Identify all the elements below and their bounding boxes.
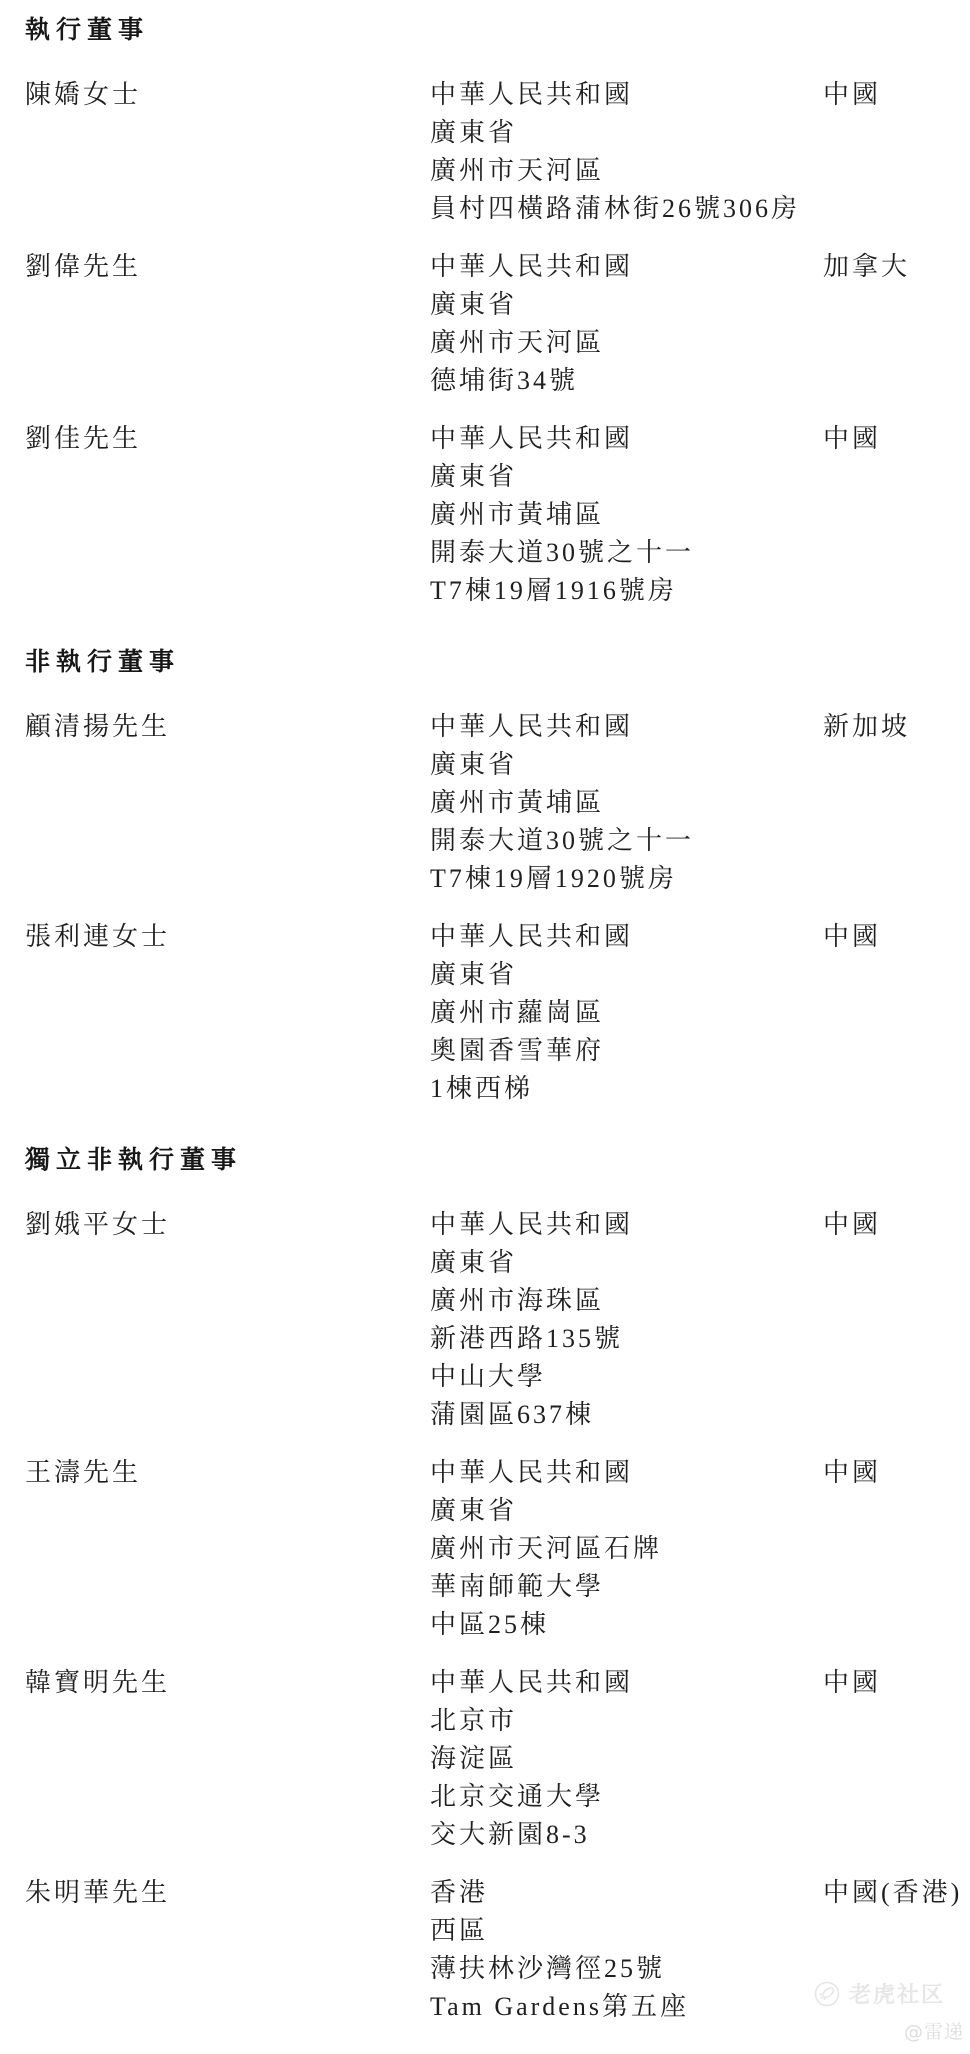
director-name: 劉娥平女士	[25, 1206, 430, 1244]
address-line: 中華人民共和國	[430, 76, 823, 114]
director-row: 劉偉先生中華人民共和國廣東省廣州市天河區德埔街34號加拿大	[25, 248, 970, 400]
address-line: 德埔街34號	[430, 362, 823, 400]
address-line: 薄扶林沙灣徑25號	[430, 1950, 823, 1988]
address-line: 廣州市海珠區	[430, 1282, 823, 1320]
address-line: 廣州市黃埔區	[430, 496, 823, 534]
director-row: 顧清揚先生中華人民共和國廣東省廣州市黃埔區開泰大道30號之十一T7棟19層192…	[25, 708, 970, 898]
address-line: 北京市	[430, 1702, 823, 1740]
director-address: 中華人民共和國廣東省廣州市天河區石牌華南師範大學中區25棟	[430, 1454, 823, 1644]
director-address: 中華人民共和國廣東省廣州市海珠區新港西路135號中山大學蒲園區637棟	[430, 1206, 823, 1434]
director-row: 張利連女士中華人民共和國廣東省廣州市蘿崗區奧園香雪華府1棟西梯中國	[25, 918, 970, 1108]
director-nationality: 中國	[823, 420, 970, 458]
address-line: 交大新園8-3	[430, 1816, 823, 1854]
director-name: 顧清揚先生	[25, 708, 430, 746]
tiger-community-logo-icon	[814, 1981, 840, 2007]
section-heading: 非執行董事	[25, 646, 970, 678]
director-section: 非執行董事顧清揚先生中華人民共和國廣東省廣州市黃埔區開泰大道30號之十一T7棟1…	[25, 646, 970, 1108]
director-nationality: 中國	[823, 1454, 970, 1492]
address-line: 廣東省	[430, 746, 823, 784]
address-line: 廣東省	[430, 286, 823, 324]
address-line: 香港	[430, 1874, 823, 1912]
director-row: 劉佳先生中華人民共和國廣東省廣州市黃埔區開泰大道30號之十一T7棟19層1916…	[25, 420, 970, 610]
address-line: 廣州市蘿崗區	[430, 994, 823, 1032]
address-line: 中山大學	[430, 1358, 823, 1396]
address-line: 中華人民共和國	[430, 1454, 823, 1492]
address-line: 廣州市天河區石牌	[430, 1530, 823, 1568]
address-line: 北京交通大學	[430, 1778, 823, 1816]
address-line: 廣東省	[430, 114, 823, 152]
address-line: 開泰大道30號之十一	[430, 822, 823, 860]
watermark-brand-row: 老虎社区	[814, 1978, 964, 2009]
address-line: 廣東省	[430, 458, 823, 496]
address-line: 1棟西梯	[430, 1070, 823, 1108]
address-line: 廣東省	[430, 956, 823, 994]
address-line: 海淀區	[430, 1740, 823, 1778]
director-name: 劉佳先生	[25, 420, 430, 458]
address-line: 中華人民共和國	[430, 708, 823, 746]
director-row: 陳嬌女士中華人民共和國廣東省廣州市天河區員村四橫路蒲林街26號306房中國	[25, 76, 970, 228]
director-nationality: 中國	[823, 76, 970, 114]
watermark: 老虎社区 @雷递	[814, 1978, 964, 2044]
director-address: 香港西區薄扶林沙灣徑25號Tam Gardens第五座	[430, 1874, 823, 2026]
directors-list: 執行董事陳嬌女士中華人民共和國廣東省廣州市天河區員村四橫路蒲林街26號306房中…	[25, 14, 970, 2026]
director-address: 中華人民共和國廣東省廣州市天河區德埔街34號	[430, 248, 823, 400]
address-line: 員村四橫路蒲林街26號306房	[430, 190, 823, 228]
address-line: 廣州市黃埔區	[430, 784, 823, 822]
section-heading: 獨立非執行董事	[25, 1144, 970, 1176]
director-address: 中華人民共和國北京市海淀區北京交通大學交大新園8-3	[430, 1664, 823, 1854]
director-section: 獨立非執行董事劉娥平女士中華人民共和國廣東省廣州市海珠區新港西路135號中山大學…	[25, 1144, 970, 2026]
address-line: 蒲園區637棟	[430, 1396, 823, 1434]
director-row: 韓寶明先生中華人民共和國北京市海淀區北京交通大學交大新園8-3中國	[25, 1664, 970, 1854]
address-line: 中華人民共和國	[430, 918, 823, 956]
address-line: T7棟19層1916號房	[430, 572, 823, 610]
director-row: 劉娥平女士中華人民共和國廣東省廣州市海珠區新港西路135號中山大學蒲園區637棟…	[25, 1206, 970, 1434]
section-heading: 執行董事	[25, 14, 970, 46]
director-nationality: 加拿大	[823, 248, 970, 286]
director-address: 中華人民共和國廣東省廣州市蘿崗區奧園香雪華府1棟西梯	[430, 918, 823, 1108]
address-line: 華南師範大學	[430, 1568, 823, 1606]
address-line: 西區	[430, 1912, 823, 1950]
watermark-handle: @雷递	[814, 2017, 964, 2044]
address-line: 中華人民共和國	[430, 1664, 823, 1702]
address-line: 中華人民共和國	[430, 248, 823, 286]
director-name: 朱明華先生	[25, 1874, 430, 1912]
directors-document-page: 執行董事陳嬌女士中華人民共和國廣東省廣州市天河區員村四橫路蒲林街26號306房中…	[0, 0, 970, 2026]
director-address: 中華人民共和國廣東省廣州市黃埔區開泰大道30號之十一T7棟19層1916號房	[430, 420, 823, 610]
director-nationality: 中國	[823, 918, 970, 956]
address-line: T7棟19層1920號房	[430, 860, 823, 898]
director-address: 中華人民共和國廣東省廣州市天河區員村四橫路蒲林街26號306房	[430, 76, 823, 228]
director-name: 韓寶明先生	[25, 1664, 430, 1702]
director-name: 王濤先生	[25, 1454, 430, 1492]
director-nationality: 新加坡	[823, 708, 970, 746]
address-line: 中區25棟	[430, 1606, 823, 1644]
director-nationality: 中國(香港)	[823, 1874, 970, 1912]
address-line: 奧園香雪華府	[430, 1032, 823, 1070]
address-line: Tam Gardens第五座	[430, 1988, 823, 2026]
address-line: 開泰大道30號之十一	[430, 534, 823, 572]
director-name: 劉偉先生	[25, 248, 430, 286]
address-line: 新港西路135號	[430, 1320, 823, 1358]
director-name: 陳嬌女士	[25, 76, 430, 114]
watermark-brand: 老虎社区	[849, 1978, 945, 2009]
address-line: 中華人民共和國	[430, 1206, 823, 1244]
director-nationality: 中國	[823, 1664, 970, 1702]
director-row: 王濤先生中華人民共和國廣東省廣州市天河區石牌華南師範大學中區25棟中國	[25, 1454, 970, 1644]
director-nationality: 中國	[823, 1206, 970, 1244]
address-line: 廣州市天河區	[430, 152, 823, 190]
director-name: 張利連女士	[25, 918, 430, 956]
address-line: 廣東省	[430, 1492, 823, 1530]
director-address: 中華人民共和國廣東省廣州市黃埔區開泰大道30號之十一T7棟19層1920號房	[430, 708, 823, 898]
address-line: 廣州市天河區	[430, 324, 823, 362]
address-line: 廣東省	[430, 1244, 823, 1282]
address-line: 中華人民共和國	[430, 420, 823, 458]
director-section: 執行董事陳嬌女士中華人民共和國廣東省廣州市天河區員村四橫路蒲林街26號306房中…	[25, 14, 970, 610]
